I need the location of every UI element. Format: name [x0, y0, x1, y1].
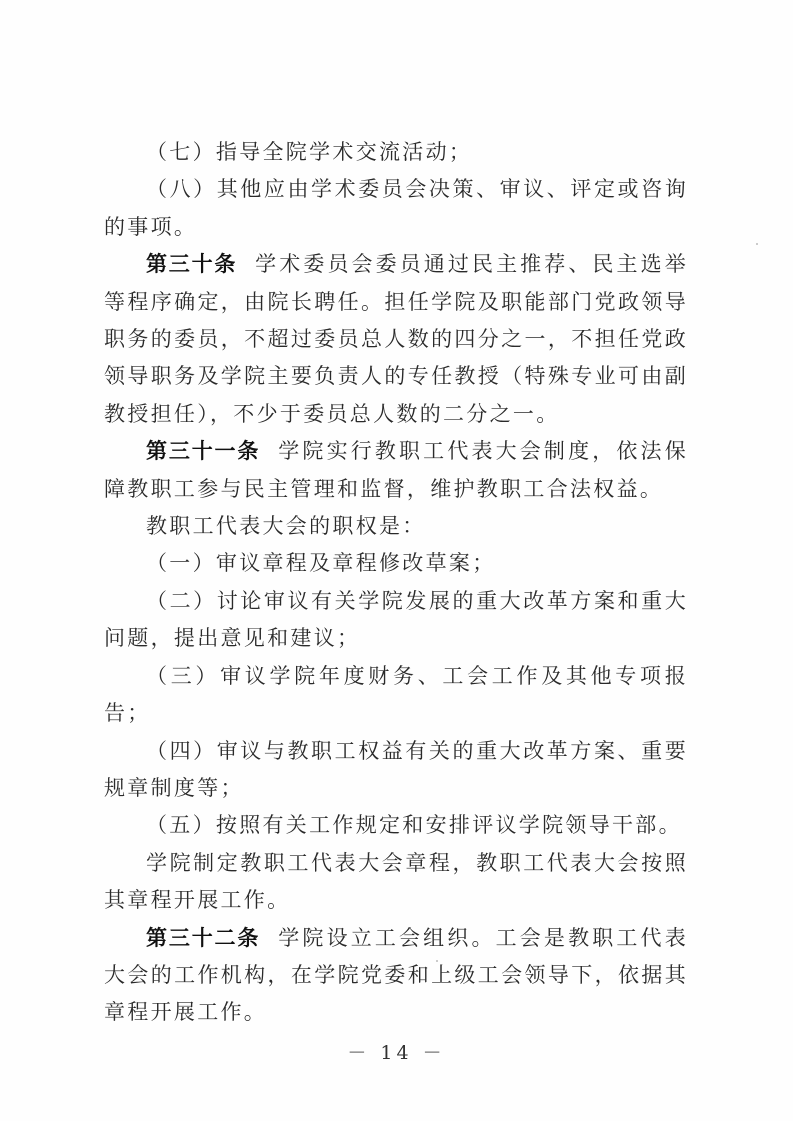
article-30: 第三十条学术委员会委员通过民主推荐、民主选举等程序确定，由院长聘任。担任学院及职…: [104, 246, 688, 433]
powers-intro: 教职工代表大会的职权是：: [104, 508, 688, 545]
scan-speck: [756, 243, 758, 245]
paragraph-text: （二）讨论审议有关学院发展的重大改革方案和重大问题，提出意见和建议；: [104, 589, 688, 650]
paragraph-text: （四）审议与教职工权益有关的重大改革方案、重要规章制度等；: [104, 739, 688, 800]
article-heading: 第三十一条: [146, 439, 260, 463]
article-heading: 第三十条: [146, 252, 237, 276]
list-item-5: （五）按照有关工作规定和安排评议学院领导干部。: [104, 807, 688, 844]
paragraph-text: （五）按照有关工作规定和安排评议学院领导干部。: [146, 813, 682, 837]
list-item-1: （一）审议章程及章程修改草案；: [104, 545, 688, 582]
paragraph-text: 学院制定教职工代表大会章程，教职工代表大会按照其章程开展工作。: [104, 851, 688, 912]
paragraph-text: （三）审议学院年度财务、工会工作及其他专项报告；: [104, 664, 688, 725]
list-item-4: （四）审议与教职工权益有关的重大改革方案、重要规章制度等；: [104, 733, 688, 808]
article-31: 第三十一条学院实行教职工代表大会制度，依法保障教职工参与民主管理和监督，维护教职…: [104, 433, 688, 508]
paragraph-text: 教职工代表大会的职权是：: [146, 514, 426, 538]
list-item-7: （七）指导全院学术交流活动；: [104, 134, 688, 171]
paragraph-text: （一）审议章程及章程修改草案；: [146, 551, 496, 575]
charter-note: 学院制定教职工代表大会章程，教职工代表大会按照其章程开展工作。: [104, 845, 688, 920]
article-text: 学术委员会委员通过民主推荐、民主选举等程序确定，由院长聘任。担任学院及职能部门党…: [104, 252, 688, 426]
page-number: － 14 －: [0, 1038, 793, 1065]
list-item-8: （八）其他应由学术委员会决策、审议、评定或咨询的事项。: [104, 171, 688, 246]
scan-speck: [436, 960, 438, 962]
list-item-2: （二）讨论审议有关学院发展的重大改革方案和重大问题，提出意见和建议；: [104, 583, 688, 658]
paragraph-text: （八）其他应由学术委员会决策、审议、评定或咨询的事项。: [104, 177, 688, 238]
paragraph-text: （七）指导全院学术交流活动；: [146, 140, 472, 164]
article-heading: 第三十二条: [146, 926, 260, 950]
article-32: 第三十二条学院设立工会组织。工会是教职工代表大会的工作机构，在学院党委和上级工会…: [104, 920, 688, 1032]
document-page: （七）指导全院学术交流活动； （八）其他应由学术委员会决策、审议、评定或咨询的事…: [0, 0, 793, 1121]
list-item-3: （三）审议学院年度财务、工会工作及其他专项报告；: [104, 658, 688, 733]
document-body: （七）指导全院学术交流活动； （八）其他应由学术委员会决策、审议、评定或咨询的事…: [104, 134, 688, 1032]
